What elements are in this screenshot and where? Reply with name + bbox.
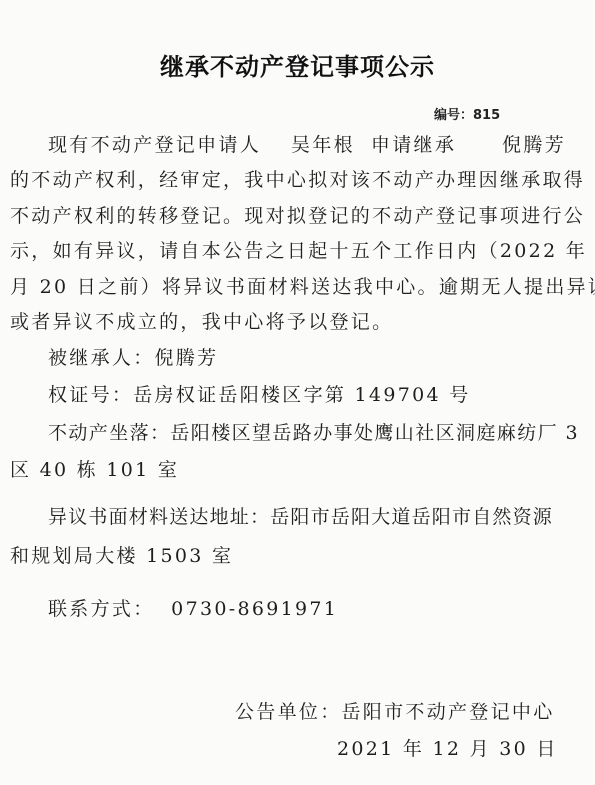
document-number: 编号：815 xyxy=(434,104,500,123)
paragraph-line-5: 月 20 日之前）将异议书面材料送达我中心。逾期无人提出异议 xyxy=(10,272,585,299)
paragraph-line-3: 不动产权利的转移登记。现对拟登记的不动产登记事项进行公 xyxy=(10,201,585,228)
field-location-line-1: 不动产坐落：岳阳楼区望岳路办事处鹰山社区洞庭麻纺厂 3 xyxy=(48,418,595,445)
footer-issuer: 公告单位：岳阳市不动产登记中心 xyxy=(235,697,595,724)
paragraph-line-1: 现有不动产登记申请人吴年根申请继承倪腾芳 xyxy=(48,130,595,157)
inherit-phrase: 申请继承 xyxy=(371,134,456,156)
paragraph-line-2: 的不动产权利，经审定，我中心拟对该不动产办理因继承取得 xyxy=(10,165,585,192)
document-title: 继承不动产登记事项公示 xyxy=(0,47,595,82)
field-objection-address-line-2: 和规划局大楼 1503 室 xyxy=(10,541,585,568)
field-decedent: 被继承人：倪腾芳 xyxy=(48,343,595,370)
decedent-name: 倪腾芳 xyxy=(502,134,566,156)
paragraph-line-6: 或者异议不成立的，我中心将予以登记。 xyxy=(10,307,585,334)
applicant-name: 吴年根 xyxy=(291,134,355,156)
field-contact: 联系方式： 0730-8691971 xyxy=(48,594,595,621)
footer-date: 2021 年 12 月 30 日 xyxy=(337,734,595,761)
field-certificate: 权证号：岳房权证岳阳楼区字第 149704 号 xyxy=(48,380,595,407)
field-location-line-2: 区 40 栋 101 室 xyxy=(10,455,585,482)
paragraph-line-4: 示，如有异议，请自本公告之日起十五个工作日内（2022 年 1 xyxy=(10,236,585,263)
applicant-prefix: 现有不动产登记申请人 xyxy=(48,134,261,156)
field-objection-address-line-1: 异议书面材料送达地址：岳阳市岳阳大道岳阳市自然资源 xyxy=(48,502,595,529)
